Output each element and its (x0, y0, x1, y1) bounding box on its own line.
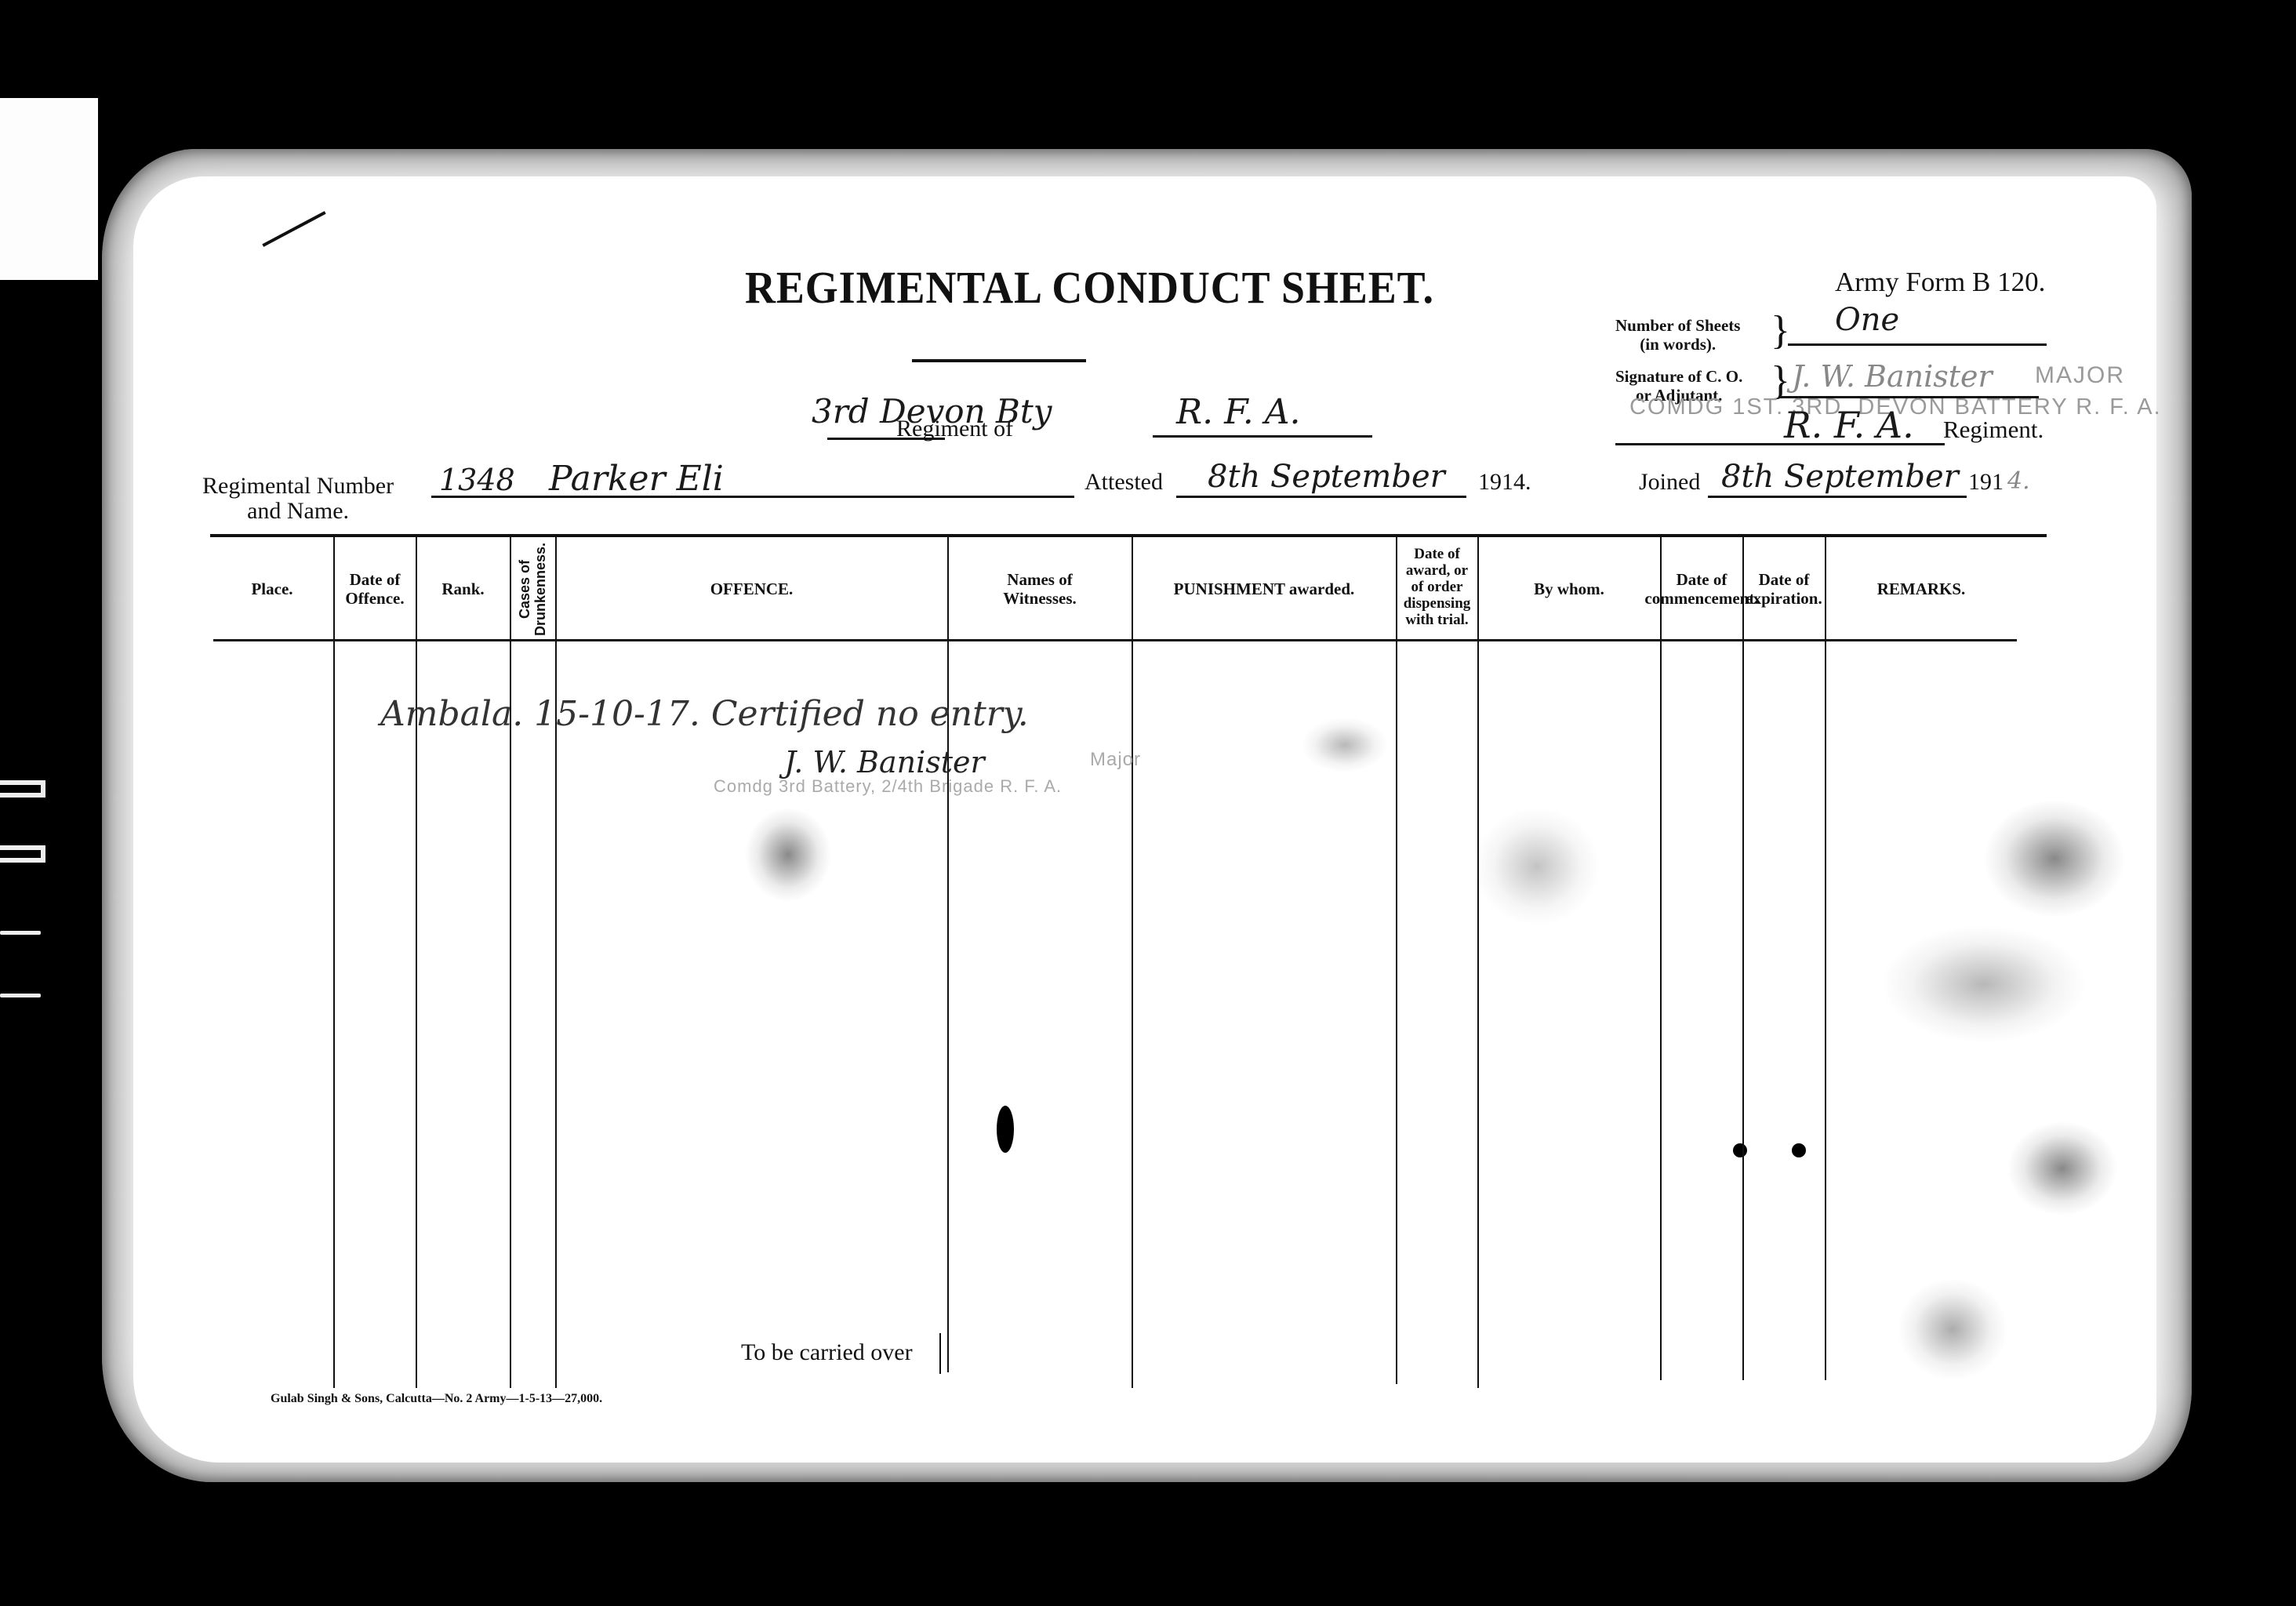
entry-stamp-rank: Major (1090, 749, 1141, 771)
number-of-sheets-line (1788, 343, 2047, 346)
regiment-corps-line (1615, 443, 1945, 445)
entry-signature: J. W. Banister (784, 745, 985, 779)
joined-year-suffix: 4. (2007, 467, 2030, 495)
joined-line (1708, 496, 1967, 498)
column-header-cases-of-drunkenness: Cases of Drunkenness. (511, 540, 554, 638)
column-divider (1132, 537, 1133, 1388)
regiment-of-label: Regiment of (896, 416, 1013, 442)
carried-over-divider (939, 1333, 941, 1374)
table-top-rule (210, 534, 2047, 537)
entry-stamp-unit: Comdg 3rd Battery, 2/4th Brigade R. F. A… (714, 776, 1062, 797)
stamp-rank: MAJOR (2035, 362, 2125, 389)
form-title: REGIMENTAL CONDUCT SHEET. (745, 261, 1434, 314)
column-header-date-of-commencement: Date of commencement. (1662, 541, 1741, 637)
ink-blot (1792, 1143, 1806, 1157)
name-line (431, 496, 1074, 498)
column-header-date-of-expiration: Date of expiration. (1745, 541, 1823, 637)
column-divider (1396, 537, 1397, 1384)
column-header-remarks: REMARKS. (1827, 541, 2015, 637)
foxing-stain (1302, 718, 1388, 772)
scan-edge-mark (0, 845, 45, 863)
calibration-card (0, 98, 98, 280)
regiment-of-value: R. F. A. (1176, 392, 1301, 432)
column-divider (333, 537, 335, 1388)
column-divider (947, 537, 949, 1372)
signature-value: J. W. Banister (1792, 359, 1993, 394)
column-header-rank: Rank. (418, 541, 508, 637)
scan-edge-mark (0, 931, 41, 935)
column-header-by-whom: By whom. (1480, 541, 1658, 637)
regimental-number-label: Regimental Number and Name. (202, 474, 394, 524)
joined-value: 8th September (1721, 459, 1959, 495)
regiment-label: Regiment. (1943, 416, 2044, 444)
joined-label: Joined (1639, 469, 1700, 496)
entry-certified-text: Ambala. 15-10-17. Certified no entry. (380, 694, 1029, 734)
carried-over-label: To be carried over (741, 1339, 913, 1366)
title-underline (912, 359, 1086, 362)
scan-edge-mark (0, 780, 45, 798)
column-header-date-of-offence: Date of Offence. (336, 541, 414, 637)
regimental-number-value: 1348 (439, 463, 515, 497)
column-header-punishment-awarded: PUNISHMENT awarded. (1134, 541, 1394, 637)
column-divider (1660, 537, 1662, 1380)
printer-imprint: Gulab Singh & Sons, Calcutta—No. 2 Army—… (271, 1392, 602, 1406)
foxing-stain (1984, 800, 2125, 917)
foxing-stain (2007, 1121, 2117, 1215)
ink-blot (997, 1106, 1014, 1153)
column-divider (510, 537, 511, 1388)
attested-year: 1914. (1478, 469, 1531, 496)
column-header-names-of-witnesses: Names of Witnesses. (950, 541, 1130, 637)
column-divider (555, 537, 557, 1388)
attested-value: 8th September (1208, 459, 1445, 495)
joined-year-prefix: 191 (1968, 469, 2004, 496)
army-form-number: Army Form B 120. (1835, 267, 2045, 298)
regiment-of-line (1153, 435, 1372, 438)
foxing-stain (1474, 808, 1600, 925)
foxing-stain (1882, 925, 2086, 1043)
table-header-bottom-rule (213, 639, 2017, 641)
column-header-place: Place. (213, 541, 331, 637)
scan-edge-mark (0, 994, 41, 997)
column-header-offence: OFFENCE. (558, 541, 946, 637)
column-divider (1825, 537, 1826, 1380)
soldier-name-value: Parker Eli (549, 459, 724, 499)
attested-label: Attested (1084, 469, 1163, 496)
ink-blot (1733, 1143, 1747, 1157)
foxing-stain (745, 808, 831, 902)
number-of-sheets-value: One (1835, 302, 1899, 338)
regiment-corps-value: R. F. A. (1784, 404, 1914, 446)
column-divider (416, 537, 417, 1388)
column-divider (1742, 537, 1744, 1380)
column-divider (1477, 537, 1479, 1388)
number-of-sheets-label: Number of Sheets (in words). (1615, 316, 1740, 354)
attested-line (1176, 496, 1466, 498)
foxing-stain (1898, 1278, 2007, 1380)
column-header-date-of-award: Date of award, or of order dispensing wi… (1398, 535, 1476, 638)
